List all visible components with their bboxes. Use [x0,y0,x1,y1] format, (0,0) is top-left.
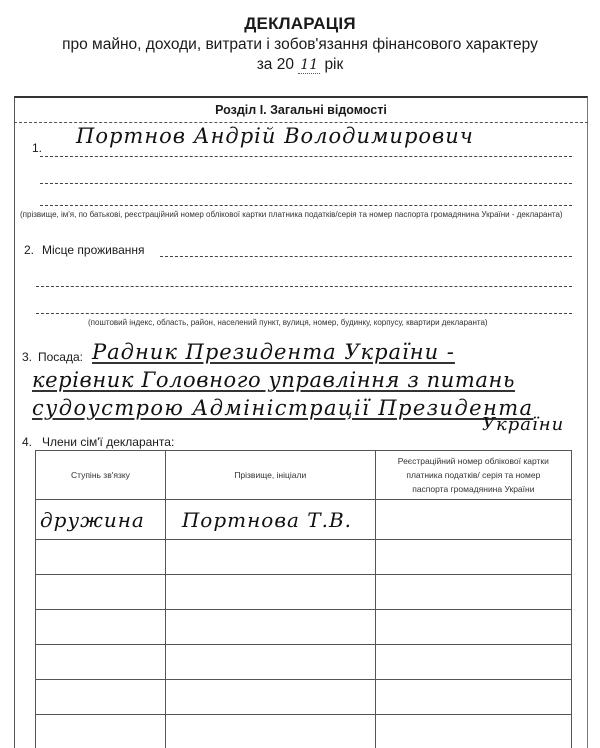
declarant-name-handwritten: Портнов Андрій Володимирович [76,124,474,148]
position-line-2: керівник Головного управління з питань [32,368,515,392]
table-row: дружина Портнова Т.В. [36,500,572,540]
residence-line-2[interactable] [36,286,572,287]
residence-line-1[interactable] [160,256,572,257]
relationship-cell [36,575,166,610]
name-cell [165,540,375,575]
name-cell [165,715,375,748]
name-cell [165,610,375,645]
name-cell: Портнова Т.В. [165,500,375,540]
table-row [36,680,572,715]
position-line-3: судоустрою Адміністрації Президента [32,396,533,420]
tax-id-cell [375,715,571,748]
item2-number: 2. [24,243,34,257]
family-members-table: Ступінь зв'язку Прізвище, ініціали Реєст… [35,450,572,748]
table-row [36,540,572,575]
section-title: Розділ І. Загальні відомості [14,98,588,123]
tax-id-cell [375,680,571,715]
relationship-cell: дружина [36,500,166,540]
table-row [36,715,572,748]
tax-id-cell [375,575,571,610]
relationship-cell [36,715,166,748]
position-label: Посада: [38,350,83,364]
year-suffix: рік [324,56,343,73]
tax-id-cell [375,500,571,540]
item4-number: 4. [22,435,32,449]
item1-number: 1. [32,141,42,155]
table-row [36,610,572,645]
document-subtitle: про майно, доходи, витрати і зобов'язанн… [0,36,600,54]
name-cell [165,680,375,715]
table-header-row: Ступінь зв'язку Прізвище, ініціали Реєст… [36,451,572,500]
header-relationship: Ступінь зв'язку [36,451,166,500]
relationship-cell [36,540,166,575]
relationship-cell [36,610,166,645]
residence-label: Місце проживання [42,243,145,257]
name-cell [165,645,375,680]
item1-line-2 [40,183,572,184]
position-line-1: Радник Президента України - [92,340,455,364]
tax-id-cell [375,610,571,645]
item1-line-3 [40,205,572,206]
name-cell [165,575,375,610]
tax-id-cell [375,540,571,575]
table-row [36,645,572,680]
item1-line-1 [40,156,572,157]
header-name-initials: Прізвище, ініціали [165,451,375,500]
tax-id-cell [375,645,571,680]
relationship-cell [36,680,166,715]
relationship-cell [36,645,166,680]
item2-caption: (поштовий індекс, область, район, населе… [88,318,488,327]
item1-caption: (прізвище, ім'я, по батькові, реєстрацій… [20,210,563,219]
residence-line-3[interactable] [36,313,572,314]
family-members-label: Члени сім'ї декларанта: [42,435,174,449]
table-row [36,575,572,610]
position-line-4: України [482,414,564,435]
year-prefix: за 20 [257,56,294,73]
document-title: ДЕКЛАРАЦІЯ [0,14,600,34]
year-handwritten: 11 [298,57,320,74]
header-tax-id: Реєстраційний номер облікової картки пла… [375,451,571,500]
declaration-year-line: за 20 11 рік [0,56,600,74]
item3-number: 3. [22,350,32,364]
